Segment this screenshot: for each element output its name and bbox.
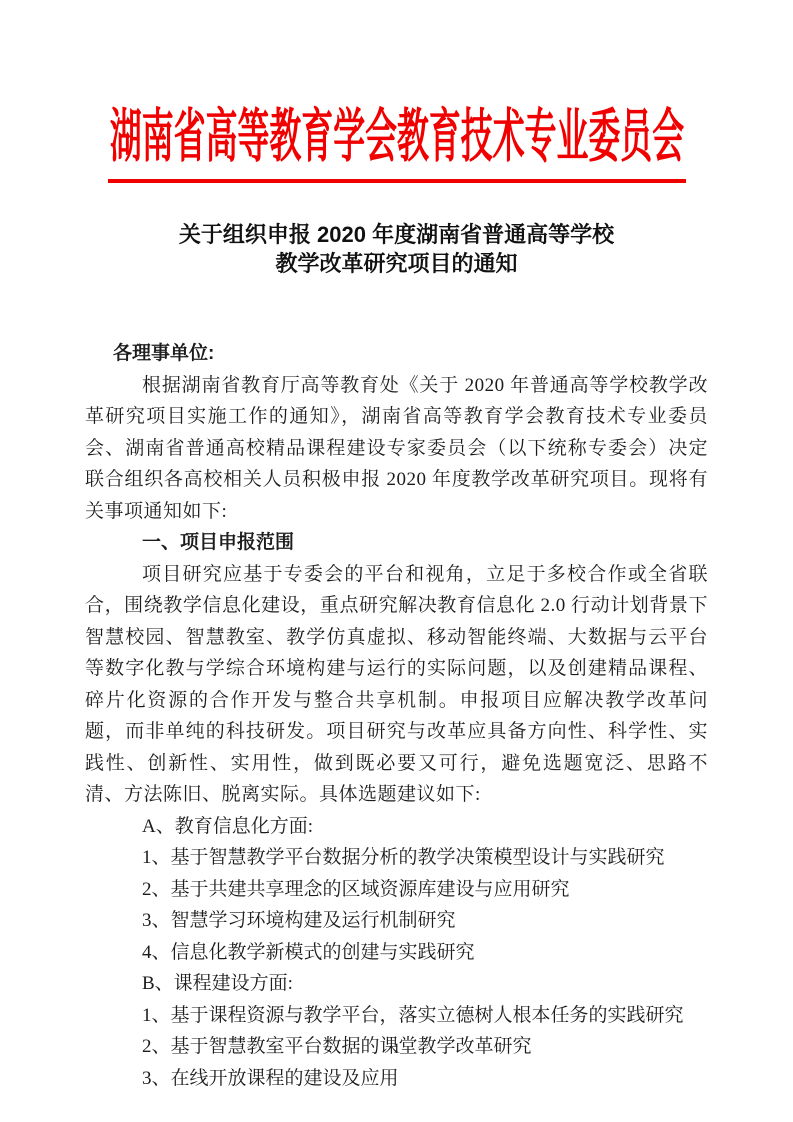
section-heading-1: 一、项目申报范围 bbox=[85, 527, 708, 559]
paragraph-intro: 根据湖南省教育厅高等教育处《关于 2020 年普通高等学校教学改革研究项目实施工… bbox=[85, 370, 708, 528]
document-title: 关于组织申报 2020 年度湖南省普通高等学校 教学改革研究项目的通知 bbox=[0, 220, 793, 278]
topic-item-a-heading: A、教育信息化方面: bbox=[85, 811, 708, 843]
letterhead: 湖南省高等教育学会教育技术专业委员会 bbox=[0, 0, 793, 167]
topic-item-a1: 1、基于智慧教学平台数据分析的教学决策模型设计与实践研究 bbox=[85, 842, 708, 874]
document-page: 湖南省高等教育学会教育技术专业委员会 关于组织申报 2020 年度湖南省普通高等… bbox=[0, 0, 793, 1122]
document-title-line1: 关于组织申报 2020 年度湖南省普通高等学校 bbox=[0, 220, 793, 249]
page-number: 1 bbox=[0, 1040, 793, 1058]
document-title-line2: 教学改革研究项目的通知 bbox=[0, 249, 793, 278]
topic-item-a2: 2、基于共建共享理念的区域资源库建设与应用研究 bbox=[85, 874, 708, 906]
topic-item-a4: 4、信息化教学新模式的创建与实践研究 bbox=[85, 937, 708, 969]
topic-item-b-heading: B、课程建设方面: bbox=[85, 968, 708, 1000]
salutation: 各理事单位: bbox=[85, 338, 708, 370]
topic-item-b3: 3、在线开放课程的建设及应用 bbox=[85, 1063, 708, 1095]
org-name-banner: 湖南省高等教育学会教育技术专业委员会 bbox=[109, 107, 683, 167]
letterhead-rule bbox=[108, 179, 686, 183]
paragraph-scope: 项目研究应基于专委会的平台和视角，立足于多校合作或全省联合，围绕教学信息化建设，… bbox=[85, 559, 708, 811]
topic-item-a3: 3、智慧学习环境构建及运行机制研究 bbox=[85, 905, 708, 937]
topic-item-b1: 1、基于课程资源与教学平台，落实立德树人根本任务的实践研究 bbox=[85, 1000, 708, 1032]
document-body: 各理事单位: 根据湖南省教育厅高等教育处《关于 2020 年普通高等学校教学改革… bbox=[85, 338, 708, 1094]
